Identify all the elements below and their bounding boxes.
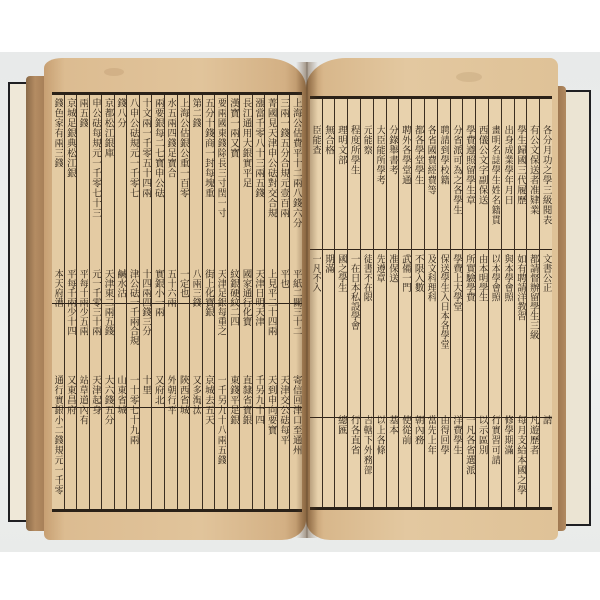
text-column: 上海公估銀公重一百零一定也陝西省城 xyxy=(177,95,190,509)
paper-stain xyxy=(456,72,482,82)
column-text-upper: 菁國見天津申公砝對交合規 xyxy=(266,95,277,265)
column-text-upper: 上海公估費平十二兩八錢六分 xyxy=(291,95,302,265)
column-text-lower: 十里 xyxy=(140,369,151,509)
text-column: 五分十錢商一封每塊重街上化寶銀京城去五天 xyxy=(202,95,215,509)
column-text-upper: 兩要銀每二七寶申公砝 xyxy=(153,95,164,265)
column-text-lower: 修學期滿 xyxy=(502,409,513,507)
text-column: 各省國費經費等及文科理科當先上年 xyxy=(424,99,437,507)
text-column: 錢八分鹹水沽山東省城 xyxy=(114,95,127,509)
column-text-lower: 天津交公砝每平 xyxy=(278,369,289,509)
column-text-lower: 每月支給本國之學 xyxy=(515,409,526,507)
column-text-upper: 水五兩四錢足寶合 xyxy=(165,95,176,265)
column-text-mid: 武備一門 xyxy=(400,246,411,410)
column-text-mid: 准保送 xyxy=(387,246,398,410)
column-text-lower: 一十零七十九兩 xyxy=(128,369,139,509)
column-text-lower: 又府北 xyxy=(153,369,164,509)
column-text-mid: 天津足銀每重之 xyxy=(215,265,226,369)
column-text-upper: 理明文部 xyxy=(336,99,347,246)
column-text-lower: 通行實銀小二錢規元一千零 xyxy=(52,369,63,509)
right-page-columns: 各分月功之學三級閱表文書公正請有公文保送者准肄業都請督辦留學生三級凡遊歷者學生歸… xyxy=(310,99,552,507)
column-text-lower: 一凡各省選派 xyxy=(464,409,475,507)
column-text-mid: 津公砝一千兩合規 xyxy=(128,265,139,369)
left-page: 上海公估費平十二兩八錢六分平紙二關三十二寄信回津口至通州三兩一錢五分合規元壹百兩… xyxy=(44,58,306,540)
text-column: 出身成業學年月日與本學會照修學期滿 xyxy=(501,99,514,507)
column-text-mid: 平每千兩少十四 xyxy=(65,265,76,369)
column-text-upper: 聘請到學校籍 xyxy=(438,99,449,246)
text-column: 水五兩四錢足寶合五十六兩外朝行平 xyxy=(164,95,177,509)
column-text-mid: 平每十兩少五兩 xyxy=(77,265,88,369)
column-text-upper: 學費遵照留學生章 xyxy=(464,99,475,246)
column-text-mid: 十四兩四錢三分 xyxy=(140,265,151,369)
column-text-lower: 直隸省寶銀 xyxy=(241,369,252,509)
column-text-mid: 八兩三錢 xyxy=(190,265,201,369)
text-column: 西儀公文字副保送由本明學生以示區別 xyxy=(475,99,488,507)
text-column: 上海公估費平十二兩八錢六分平紙二關三十二寄信回津口至通州 xyxy=(289,95,302,509)
column-text-lower: 山東省城 xyxy=(115,369,126,509)
column-text-upper: 學生歸國三代履歷 xyxy=(515,99,526,246)
column-text-lower: 大六錢五分 xyxy=(103,369,114,509)
text-column: 學生歸國三代履歷如有聘請洋教習每月支給本國之學 xyxy=(514,99,527,507)
column-text-lower: 使從前 xyxy=(400,409,411,507)
column-text-mid: 不限入數 xyxy=(413,246,424,410)
left-page-print-frame: 上海公估費平十二兩八錢六分平紙二關三十二寄信回津口至通州三兩一錢五分合規元壹百兩… xyxy=(52,92,302,512)
column-text-lower: 外朝行平 xyxy=(165,369,176,509)
column-text-lower: 行實習可請 xyxy=(489,409,500,507)
column-text-upper: 畫明名誌學生姓名籍貫 xyxy=(489,99,500,246)
column-text-lower: 天到申向要寶 xyxy=(266,369,277,509)
text-column: 理明文部國之學生總匯 xyxy=(334,99,347,507)
column-text-mid: 及文科理科 xyxy=(425,246,436,410)
column-text-mid: 文書公正 xyxy=(541,246,552,410)
text-column: 元能察徒書不在限吉轄下外務部 xyxy=(360,99,373,507)
text-column: 三兩一錢五分合規元壹百兩平也天津交公砝每平 xyxy=(277,95,290,509)
column-text-lower: 京城去五天 xyxy=(203,369,214,509)
column-text-lower: 朝內務 xyxy=(413,409,424,507)
column-text-lower: 一千另九十八兩五錢 xyxy=(215,369,226,509)
column-text-lower: 吉轄下外務部 xyxy=(361,409,372,507)
column-text-mid: 實銀小一兩 xyxy=(153,265,164,369)
column-text-lower: 以示區別 xyxy=(477,409,488,507)
text-column: 第二錢八兩三錢又多淘汰 xyxy=(189,95,202,509)
column-text-mid: 與本學會照 xyxy=(502,246,513,410)
column-text-lower: 由得回學 xyxy=(438,409,449,507)
text-column: 京都松江銀庫天津東二兩五錢大六錢五分 xyxy=(101,95,114,509)
column-text-upper: 無合格 xyxy=(323,99,334,246)
column-text-lower: 寄信回津口至通州 xyxy=(291,369,302,509)
column-text-mid: 學費上大學堂 xyxy=(451,246,462,410)
text-column: 聘請到學校籍保送學生入日本各學堂由得回學 xyxy=(437,99,450,507)
text-column: 程度所學生一在日本私設學會行各直省 xyxy=(347,99,360,507)
column-text-mid: 國之學生 xyxy=(336,246,347,410)
column-text-lower: 陝西省城 xyxy=(178,369,189,509)
column-text-mid: 五十六兩 xyxy=(165,265,176,369)
column-text-mid: 上見平二十四兩 xyxy=(266,265,277,369)
column-text-mid: 天津東二兩五錢 xyxy=(103,265,114,369)
column-text-upper: 漲當千零八十三兩五錢 xyxy=(253,95,264,265)
text-column: 長江通用大銀實平足國家通行化寶直隸省寶銀 xyxy=(239,95,252,509)
column-text-lower: 洋費學生 xyxy=(451,409,462,507)
column-text-mid: 一定也 xyxy=(178,265,189,369)
column-text-mid: 由本明學生 xyxy=(477,246,488,410)
text-column: 十文兩一千零五十四兩十四兩四錢三分十里 xyxy=(139,95,152,509)
text-column: 有公文保送者准肄業都請督辦留學生三級凡遊歷者 xyxy=(526,99,539,507)
text-column: 兩要銀每二七寶申公砝實銀小一兩又府北 xyxy=(151,95,164,509)
column-text-upper: 上海公估銀公重一百零 xyxy=(178,95,189,265)
column-text-upper: 八申公砝規元一千零七 xyxy=(128,95,139,265)
text-column: 臣能查一凡不入 xyxy=(310,99,322,507)
column-text-lower: 當先上年 xyxy=(425,409,436,507)
text-column: 都各學堂學生不限入數朝內務 xyxy=(411,99,424,507)
column-text-upper: 程度所學生 xyxy=(349,99,360,246)
text-column: 兩五錢平每十兩少五兩站草道內有 xyxy=(76,95,89,509)
column-text-upper: 漢寶一兩又寶 xyxy=(228,95,239,265)
column-text-lower: 基本 xyxy=(387,409,398,507)
text-column: 錢色家有兩三錢本天府漕通行實銀小二錢規元一千零 xyxy=(52,95,64,509)
column-text-mid: 如有聘請洋教習 xyxy=(515,246,526,410)
book-cover-right xyxy=(563,90,591,526)
column-text-upper: 出身成業學年月日 xyxy=(502,99,513,246)
column-text-mid: 以本學會照 xyxy=(489,246,500,410)
column-text-upper: 元能察 xyxy=(361,99,372,246)
text-column: 漢寶一兩又寶紋銀硬紋二四東錢平足銀 xyxy=(227,95,240,509)
column-text-upper: 京城足銀典松江銀 xyxy=(65,95,76,265)
text-column: 京城足銀典松江銀平每千兩少十四又東昌府 xyxy=(64,95,77,509)
column-text-upper: 兩五錢 xyxy=(77,95,88,265)
column-text-mid: 一凡不入 xyxy=(310,246,321,410)
column-text-mid: 本天府漕 xyxy=(52,265,63,369)
column-text-upper: 五分十錢商一封每塊重 xyxy=(203,95,214,265)
column-text-upper: 京都松江銀庫 xyxy=(103,95,114,265)
column-text-mid: 平紙二關三十二 xyxy=(291,265,302,369)
text-column: 無合格期滿 xyxy=(322,99,335,507)
column-text-upper: 各省國費經費等 xyxy=(425,99,436,246)
column-text-mid: 平也 xyxy=(278,265,289,369)
column-text-mid: 徒書不在限 xyxy=(361,246,372,410)
column-text-lower: 又多淘汰 xyxy=(190,369,201,509)
column-text-upper: 申公砝每規元一千零七十三 xyxy=(90,95,101,265)
text-column: 八申公砝規元一千零七津公砝一千兩合規一十零七十九兩 xyxy=(126,95,139,509)
column-text-lower: 站草道內有 xyxy=(77,369,88,509)
text-column: 畫明名誌學生姓名籍貫以本學會照行實習可請 xyxy=(488,99,501,507)
column-text-mid: 所實驗學費 xyxy=(464,246,475,410)
column-text-upper: 十文兩一千零五十四兩 xyxy=(140,95,151,265)
column-text-upper: 有公文保送者准肄業 xyxy=(528,99,539,246)
right-page: 各分月功之學三級閱表文書公正請有公文保送者准肄業都請督辦留學生三級凡遊歷者學生歸… xyxy=(306,58,558,540)
column-text-lower: 天津起身 xyxy=(90,369,101,509)
column-text-lower: 千另九十四 xyxy=(253,369,264,509)
column-text-lower: 又東昌府 xyxy=(65,369,76,509)
column-text-mid: 街上化寶銀 xyxy=(203,265,214,369)
column-text-upper: 長江通用大銀實平足 xyxy=(241,95,252,265)
column-text-mid: 保送學生入日本各學堂 xyxy=(438,246,449,410)
column-text-lower: 以上各條 xyxy=(374,409,385,507)
column-text-upper: 分省派可為之各學生 xyxy=(451,99,462,246)
column-text-upper: 錢八分 xyxy=(115,95,126,265)
text-column: 申公砝每規元一千零七十三元一千零三十兩天津起身 xyxy=(89,95,102,509)
text-column: 漲當千零八十三兩五錢天津日明天津千另九十四 xyxy=(252,95,265,509)
column-text-upper: 臣能查 xyxy=(310,99,321,246)
column-text-mid: 一在日本私設學會 xyxy=(349,246,360,410)
text-column: 分省派可為之各學生學費上大學堂洋費學生 xyxy=(450,99,463,507)
text-column: 聘外各學堂通武備一門使從前 xyxy=(398,99,411,507)
column-text-mid: 先遵章 xyxy=(374,246,385,410)
column-text-lower: 行各直省 xyxy=(349,409,360,507)
column-text-upper: 大臣能所學考 xyxy=(374,99,385,246)
column-text-upper: 要兩國東錢除長三寸閏一寸 xyxy=(215,95,226,265)
column-text-lower: 凡遊歷者 xyxy=(528,409,539,507)
paper-stain xyxy=(104,68,124,76)
column-text-upper: 各分月功之學三級閱表 xyxy=(541,99,552,246)
text-column: 大臣能所學考先遵章以上各條 xyxy=(373,99,386,507)
text-column: 分錄舉書考准保送基本 xyxy=(386,99,399,507)
column-text-mid: 期滿 xyxy=(323,246,334,410)
column-text-mid: 元一千零三十兩 xyxy=(90,265,101,369)
text-column: 菁國見天津申公砝對交合規上見平二十四兩天到申向要寶 xyxy=(264,95,277,509)
column-text-lower: 總匯 xyxy=(336,409,347,507)
column-text-upper: 都各學堂學生 xyxy=(413,99,424,246)
column-text-mid: 都請督辦留學生三級 xyxy=(528,246,539,410)
text-column: 要兩國東錢除長三寸閏一寸天津足銀每重之一千另九十八兩五錢 xyxy=(214,95,227,509)
column-text-upper: 分錄舉書考 xyxy=(387,99,398,246)
column-text-upper: 聘外各學堂通 xyxy=(400,99,411,246)
column-text-upper: 三兩一錢五分合規元壹百兩 xyxy=(278,95,289,265)
column-text-lower: 請 xyxy=(541,409,552,507)
right-page-print-frame: 各分月功之學三級閱表文書公正請有公文保送者准肄業都請督辦留學生三級凡遊歷者學生歸… xyxy=(310,96,552,510)
column-text-upper: 西儀公文字副保送 xyxy=(477,99,488,246)
column-text-mid: 鹹水沽 xyxy=(115,265,126,369)
text-column: 各分月功之學三級閱表文書公正請 xyxy=(539,99,552,507)
text-column: 學費遵照留學生章所實驗學費一凡各省選派 xyxy=(462,99,475,507)
left-page-columns: 上海公估費平十二兩八錢六分平紙二關三十二寄信回津口至通州三兩一錢五分合規元壹百兩… xyxy=(52,95,302,509)
column-text-upper: 錢色家有兩三錢 xyxy=(52,95,63,265)
column-text-mid: 紋銀硬紋二四 xyxy=(228,265,239,369)
column-text-mid: 國家通行化寶 xyxy=(241,265,252,369)
column-text-mid: 天津日明天津 xyxy=(253,265,264,369)
column-text-lower: 東錢平足銀 xyxy=(228,369,239,509)
column-text-upper: 第二錢 xyxy=(190,95,201,265)
